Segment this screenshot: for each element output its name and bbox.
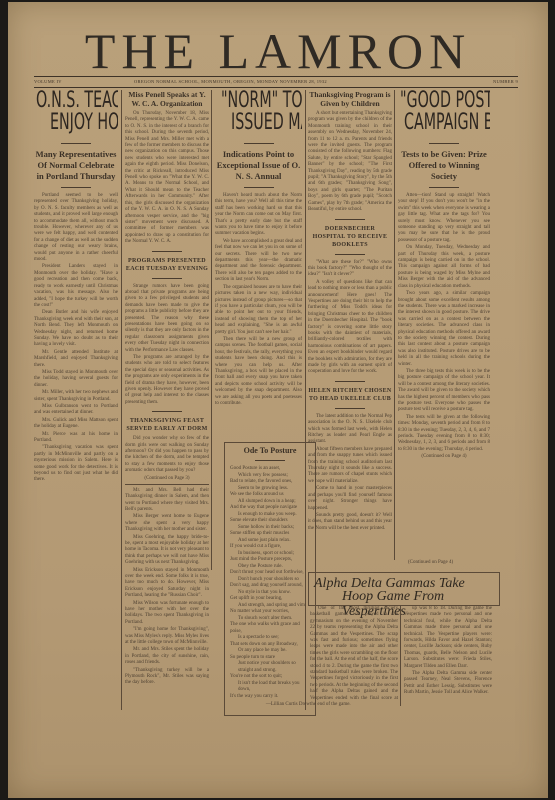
poem-title: Ode To Posture <box>230 446 310 455</box>
headline-doernbecher: DOERNBECHER HOSPITAL TO RECEIVE BOOKLETS <box>308 225 392 249</box>
article-body: Mr. and Mrs. Bell had their Thanksgiving… <box>125 488 209 687</box>
column-rule <box>121 90 122 710</box>
divider <box>61 187 91 188</box>
divider <box>152 251 182 252</box>
divider <box>335 408 365 409</box>
subheadline: Indications Point to Exceptional Issue o… <box>215 149 302 182</box>
article-teachers-holiday: O.N.S. TEACHERS ENJOY HOLIDAY Many Repre… <box>34 90 118 720</box>
newspaper-page: THE LAMRON VOLUME IV OREGON NORMAL SCHOO… <box>8 2 548 798</box>
column-four: Thanksgiving Program is Given by Childre… <box>308 90 392 555</box>
poem-lines: Good Posture is an asset,Which very few … <box>230 466 310 700</box>
poem-line: Don't sag, and drag yourself around, <box>230 583 310 590</box>
dateline-bar: VOLUME IV OREGON NORMAL SCHOOL, MONMOUTH… <box>34 76 518 88</box>
ode-to-posture-box: Ode To Posture Good Posture is an asset,… <box>224 442 316 716</box>
divider <box>61 143 91 144</box>
poem-line: It isn't the load that breaks you down, <box>230 681 310 694</box>
issue-number: NUMBER 9 <box>493 77 518 87</box>
column-rule <box>211 90 212 570</box>
headline: "GOOD POSTURE" <box>400 90 465 112</box>
poem-line: The one who walks with grace and poise, <box>230 622 310 635</box>
article-norm: "NORM" TO BE ISSUED MAY 1ST Indications … <box>215 90 302 420</box>
poem-line: It's the way you carry it. <box>230 694 310 701</box>
headline: "NORM" TO BE <box>221 90 279 112</box>
headline-feast: THANKSGIVING FEAST SERVED EARLY AT DORM <box>125 417 209 433</box>
article-body: Haven't heard much about the Norm this t… <box>215 193 302 407</box>
divider <box>152 278 182 279</box>
headline-programs: PROGRAMS PRESENTED EACH TUESDAY EVENING <box>125 257 209 273</box>
article-good-posture: "GOOD POSTURE" CAMPAIGN BEGUN Tests to b… <box>398 90 490 552</box>
column-rule <box>394 90 395 560</box>
subheadline: Tests to be Given: Prize Offered to Winn… <box>398 149 490 182</box>
article-body: On Thursday, November 18, Miss Penell, r… <box>125 111 209 246</box>
subheadline: Many Representatives Of Normal Celebrate… <box>34 149 118 182</box>
article-body: Atten—tion! Stand up straight! Watch you… <box>398 193 490 453</box>
divider <box>335 219 365 220</box>
headline: O.N.S. TEACHERS <box>36 90 95 112</box>
divider <box>255 460 285 461</box>
headline-thanksgiving-program: Thanksgiving Program is Given by Childre… <box>308 90 392 108</box>
headline: ENJOY HOLIDAY <box>50 112 99 134</box>
poem-author: —Lillian Curtis Drew <box>230 702 310 709</box>
article-body: The latest addition to the Normal Pep as… <box>308 414 392 532</box>
volume-label: VOLUME IV <box>34 77 62 87</box>
divider <box>244 143 274 144</box>
divider <box>244 187 274 188</box>
article-body: Portland seemed to be well represented o… <box>34 193 118 484</box>
article-body: Did you wonder why so few of the dorm gi… <box>125 436 209 474</box>
headline-ywca: Miss Penell Speaks at Y. W. C. A. Organi… <box>125 90 209 108</box>
divider <box>429 143 459 144</box>
article-alpha-right: up was 8 to 18. During the game the Vesp… <box>404 606 492 706</box>
masthead-title: THE LAMRON <box>8 22 548 80</box>
column-rule <box>400 606 401 706</box>
divider <box>125 484 209 485</box>
column-two: Miss Penell Speaks at Y. W. C. A. Organi… <box>125 90 209 720</box>
divider <box>429 187 459 188</box>
continued-note: (Continued on Page 4) <box>398 454 490 459</box>
article-body: Strange rumors have been going abroad th… <box>125 284 209 407</box>
headline: ISSUED MAY 1ST <box>231 112 282 134</box>
continued-note: (Continued on Page 4) <box>408 560 453 565</box>
poem-line: Just notice your shoulders so straight a… <box>230 661 310 674</box>
alpha-headline-box: Alpha Delta Gammas Take Hoop Game From V… <box>308 572 500 606</box>
article-alpha-left: One of the most thrilling society basket… <box>310 606 398 706</box>
article-body: A short but entertaining Thanksgiving pr… <box>308 111 392 214</box>
poem-line: Don't thrust your head out forthwise, <box>230 570 310 577</box>
divider <box>335 254 365 255</box>
headline: CAMPAIGN BEGUN <box>404 112 466 134</box>
divider <box>335 381 365 382</box>
divider <box>152 411 182 412</box>
headline-ukelele: HELEN RITCHEY CHOSEN TO HEAD UKELELE CLU… <box>308 387 392 403</box>
dateline-text: OREGON NORMAL SCHOOL, MONMOUTH, OREGON, … <box>134 77 327 87</box>
article-body: "What are these for?" "Who owns this boo… <box>308 260 392 376</box>
continued-note: (Continued on Page 3) <box>125 476 209 481</box>
